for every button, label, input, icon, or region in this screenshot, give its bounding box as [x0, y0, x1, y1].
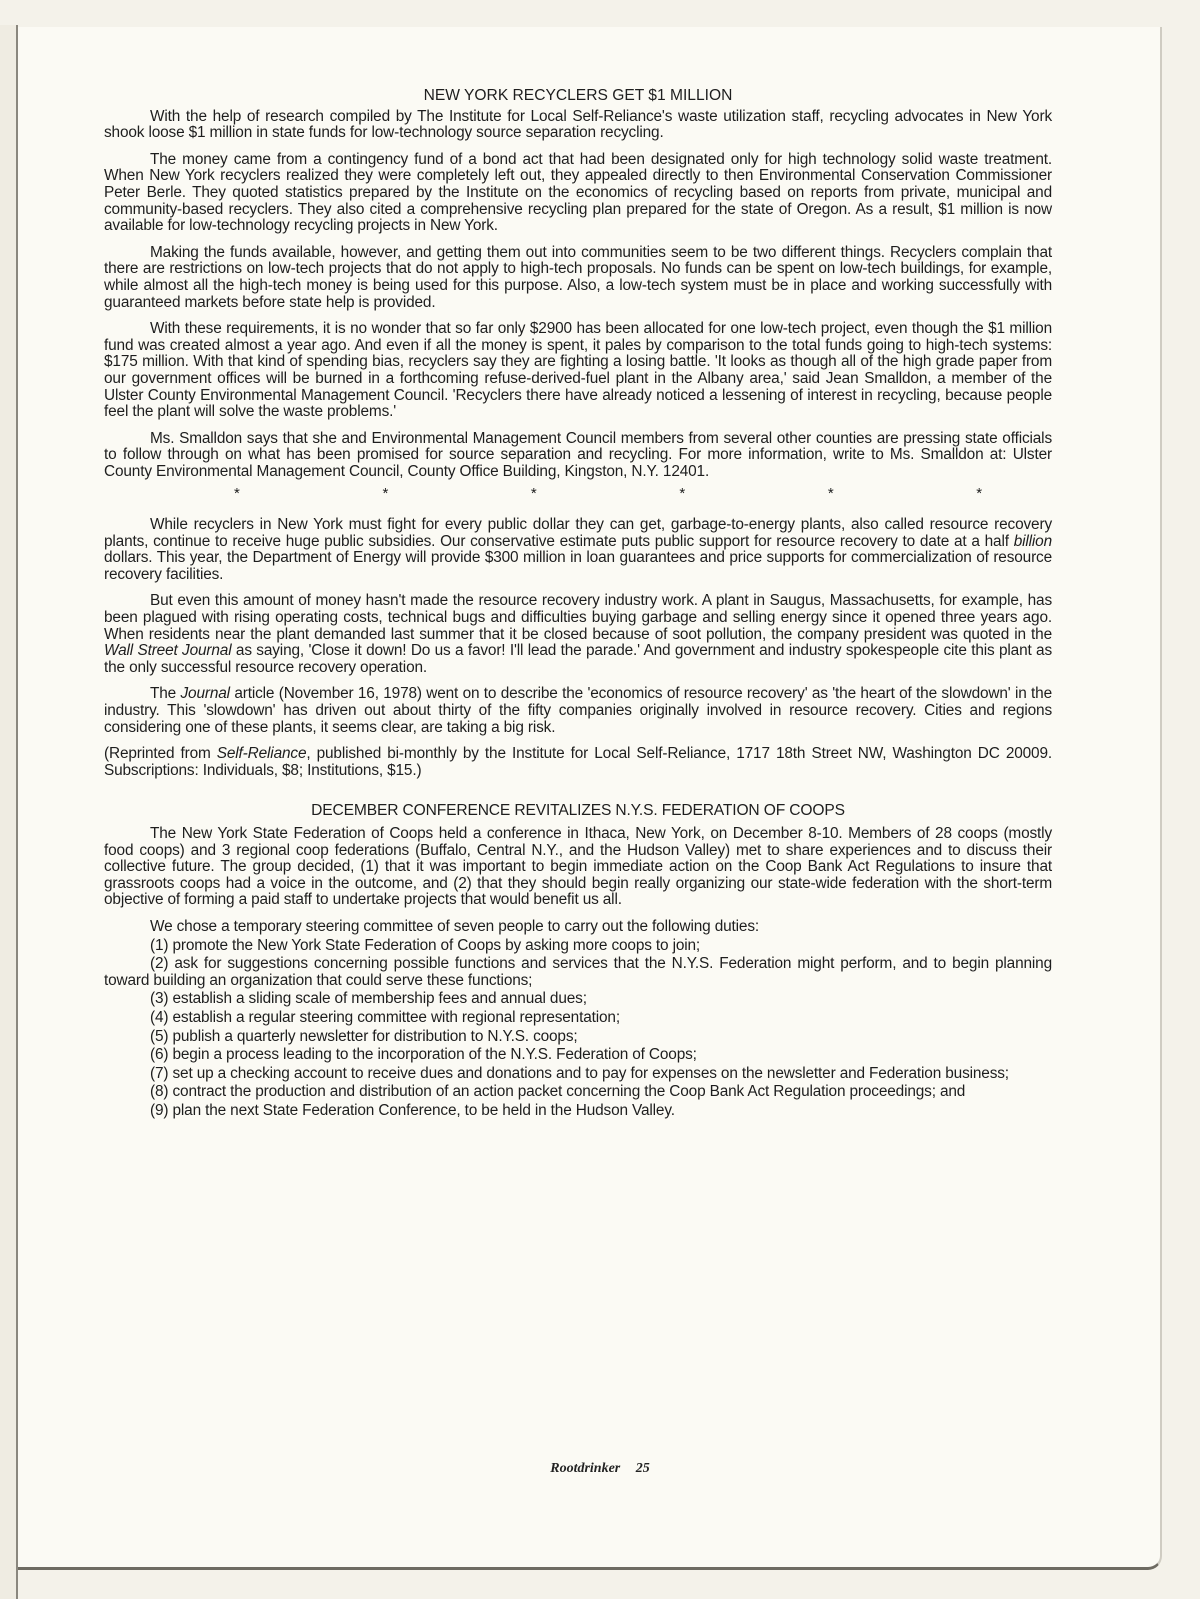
list-item: (5) publish a quarterly newsletter for d… — [104, 1029, 1052, 1046]
article-headline: NEW YORK RECYCLERS GET $1 MILLION — [104, 88, 1052, 105]
list-item: (6) begin a process leading to the incor… — [104, 1047, 1052, 1064]
asterisk: * — [679, 486, 685, 503]
asterisk: * — [976, 486, 982, 503]
publication-title: Journal — [180, 685, 229, 702]
publication-title: Wall Street Journal — [104, 642, 232, 659]
section-separator: * * * * * * — [104, 486, 1052, 503]
text: dollars. This year, the Department of En… — [104, 549, 1052, 583]
text: While recyclers in New York must fight f… — [104, 516, 1052, 550]
publication-name: Rootdrinker — [550, 1461, 620, 1476]
text: article (November 16, 1978) went on to d… — [104, 685, 1052, 735]
paragraph: Making the funds available, however, and… — [104, 245, 1052, 311]
paragraph: With these requirements, it is no wonder… — [104, 321, 1052, 421]
list-item: (8) contract the production and distribu… — [104, 1084, 1052, 1101]
list-item: (4) establish a regular steering committ… — [104, 1010, 1052, 1027]
asterisk: * — [828, 486, 834, 503]
text: But even this amount of money hasn't mad… — [104, 592, 1052, 642]
asterisk: * — [531, 486, 537, 503]
asterisk: * — [234, 486, 240, 503]
text: as saying, 'Close it down! Do us a favor… — [104, 642, 1052, 676]
page-footer: Rootdrinker 25 — [0, 1461, 1200, 1477]
publication-title: Self-Reliance — [217, 745, 307, 762]
article-headline: DECEMBER CONFERENCE REVITALIZES N.Y.S. F… — [104, 803, 1052, 820]
list-item: (7) set up a checking account to receive… — [104, 1066, 1052, 1083]
paragraph: The money came from a contingency fund o… — [104, 152, 1052, 235]
paragraph: While recyclers in New York must fight f… — [104, 517, 1052, 583]
reprint-credit: (Reprinted from Self-Reliance, published… — [104, 746, 1052, 779]
list-item: (3) establish a sliding scale of members… — [104, 991, 1052, 1008]
paragraph: With the help of research compiled by Th… — [104, 109, 1052, 142]
paragraph: The Journal article (November 16, 1978) … — [104, 686, 1052, 736]
text: (Reprinted from — [104, 745, 217, 762]
binding-spine — [0, 25, 18, 1599]
emphasis: billion — [1014, 533, 1052, 550]
list-item: (2) ask for suggestions concerning possi… — [104, 956, 1052, 989]
duties-list: We chose a temporary steering committee … — [104, 919, 1052, 1120]
list-item: (9) plan the next State Federation Confe… — [104, 1103, 1052, 1120]
list-item: (1) promote the New York State Federatio… — [104, 938, 1052, 955]
list-intro: We chose a temporary steering committee … — [104, 919, 1052, 936]
paragraph: Ms. Smalldon says that she and Environme… — [104, 431, 1052, 481]
page-number: 25 — [636, 1461, 650, 1476]
paragraph: The New York State Federation of Coops h… — [104, 826, 1052, 909]
text: The — [150, 685, 180, 702]
paragraph: But even this amount of money hasn't mad… — [104, 593, 1052, 676]
asterisk: * — [382, 486, 388, 503]
page-content: NEW YORK RECYCLERS GET $1 MILLION With t… — [104, 88, 1052, 1121]
